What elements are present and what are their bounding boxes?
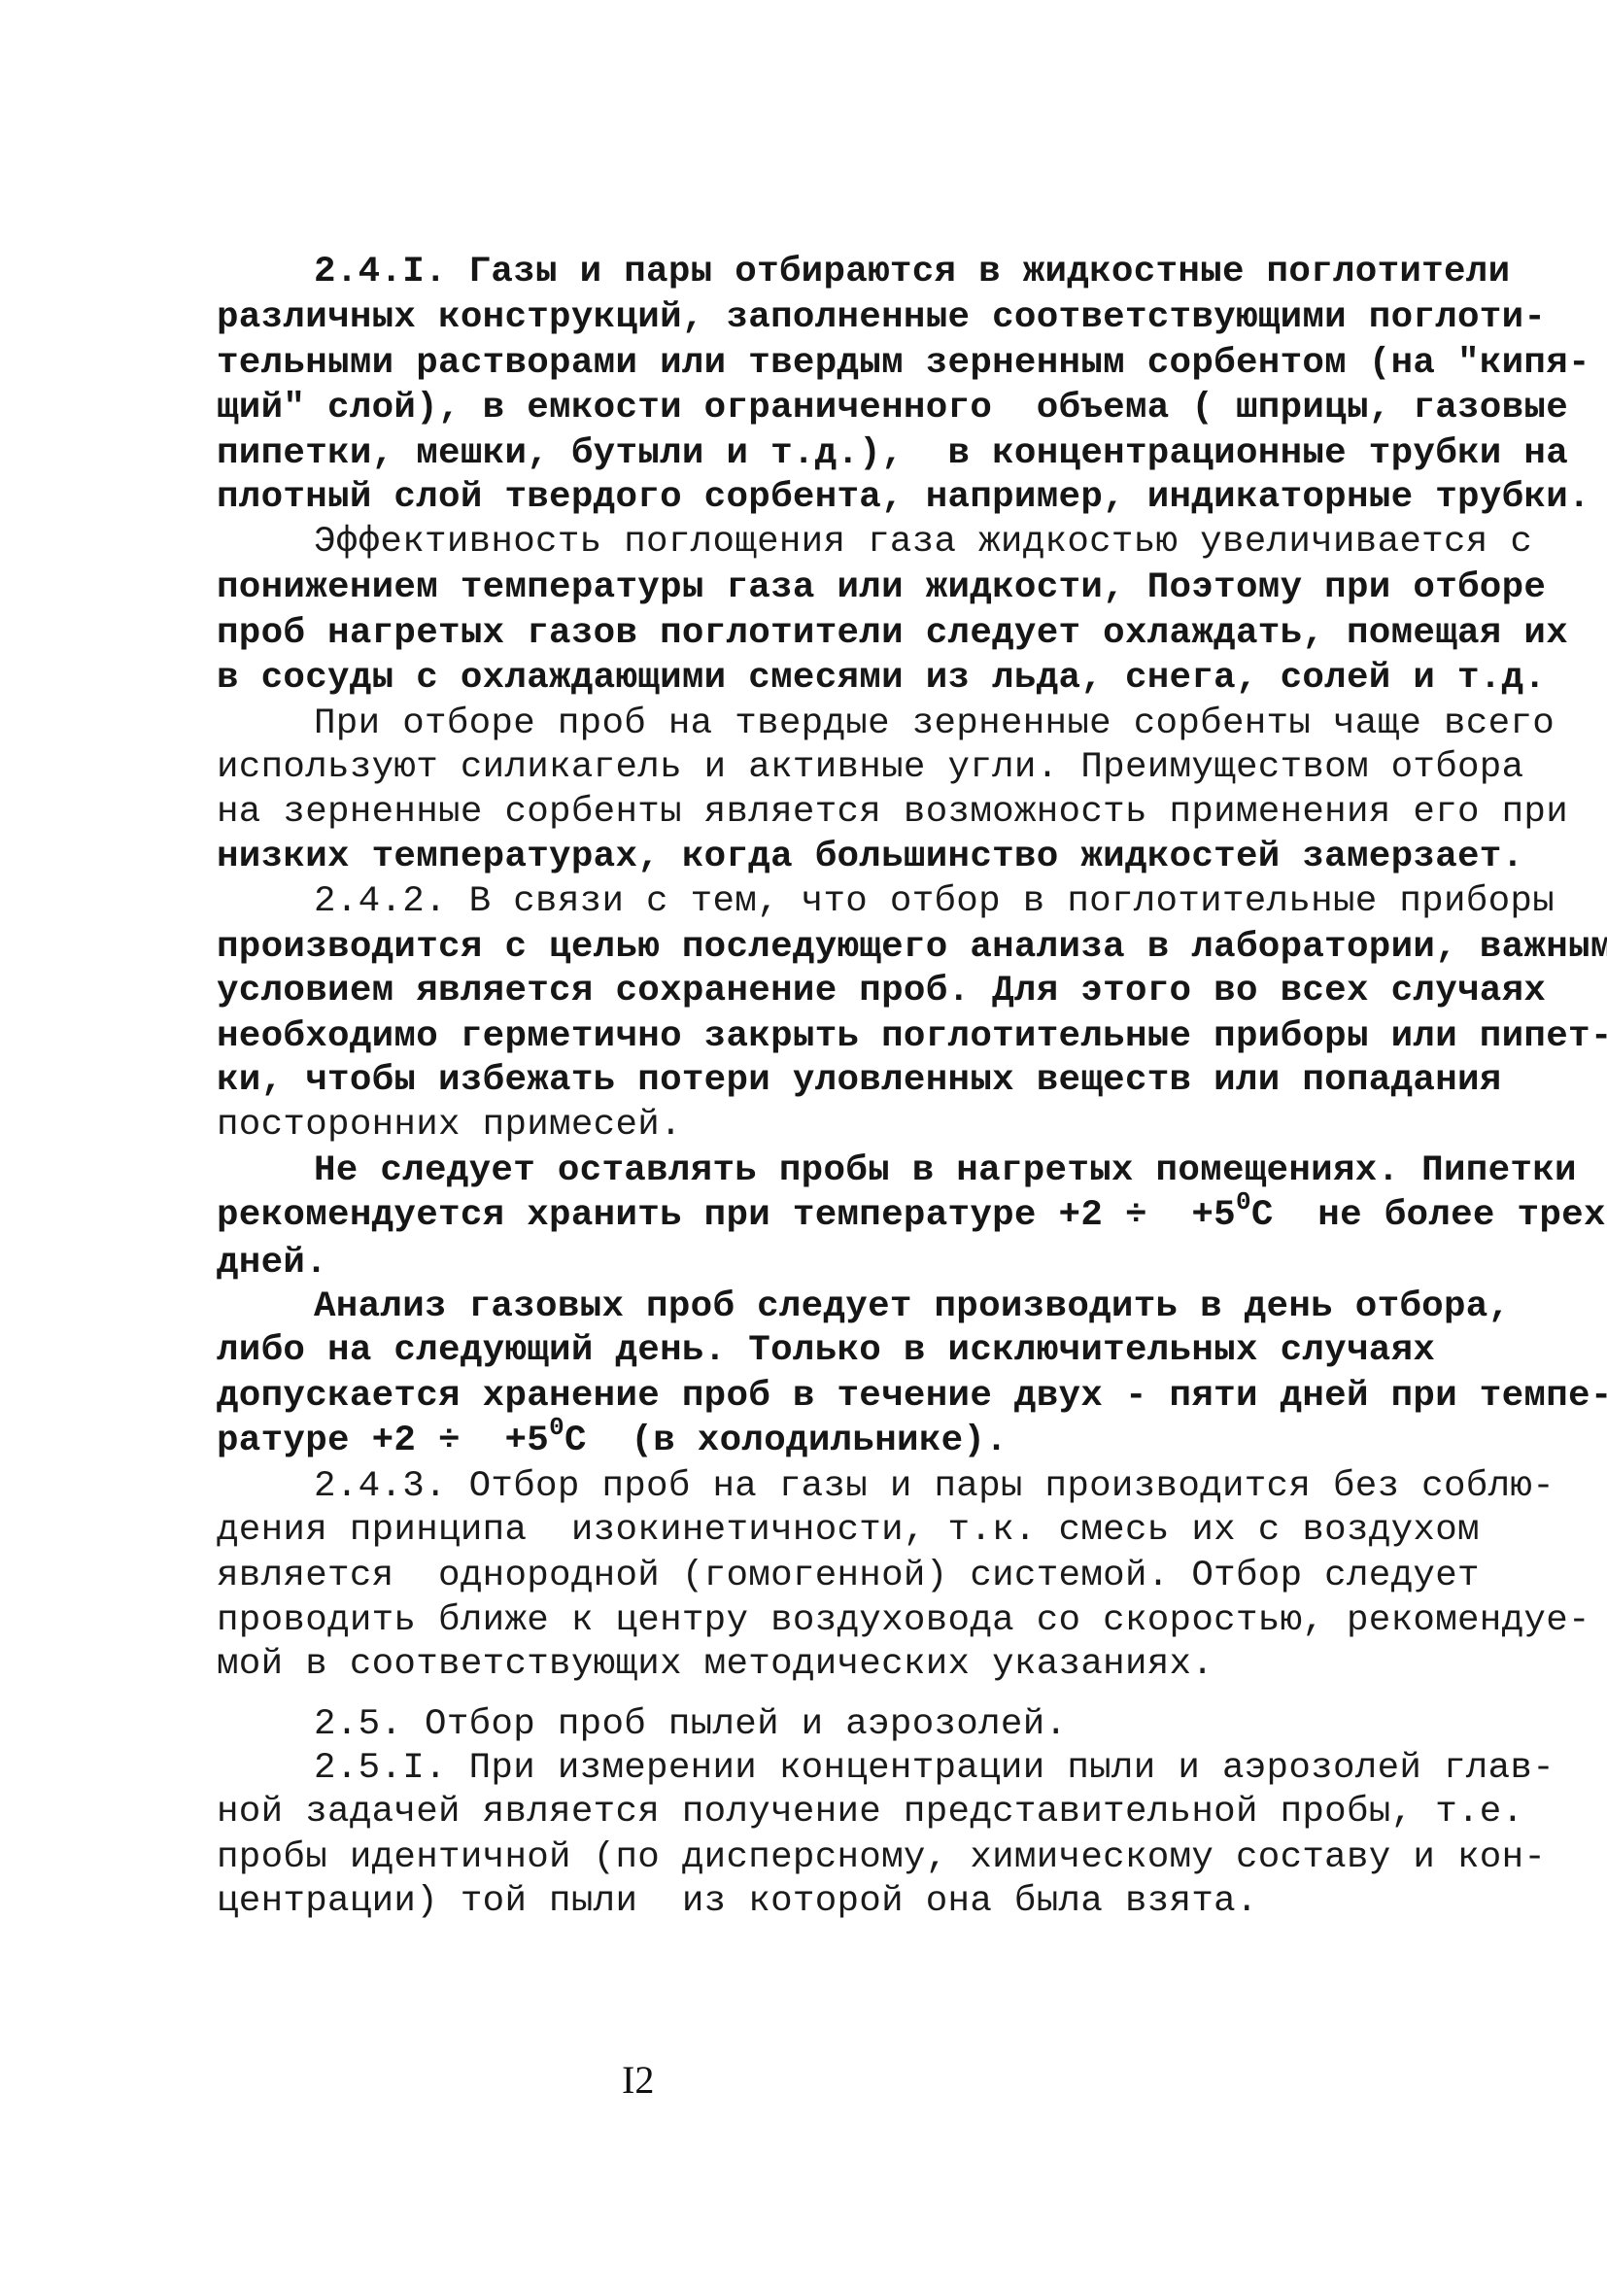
- text-line: пробы идентичной (по дисперсному, химиче…: [217, 1836, 1546, 1879]
- text-line: необходимо герметично закрыть поглотител…: [217, 1015, 1607, 1058]
- text-line: посторонних примесей.: [217, 1104, 682, 1147]
- text-segment: рекомендуется хранить при температуре +2…: [217, 1195, 1236, 1236]
- text-line: ки, чтобы избежать потери уловленных вещ…: [217, 1059, 1502, 1102]
- text-line: дней.: [217, 1242, 327, 1285]
- text-line: ной задачей является получение представи…: [217, 1791, 1523, 1833]
- text-segment: не более трех: [1274, 1195, 1606, 1236]
- text-line: пипетки, мешки, бутыли и т.д.), в концен…: [217, 432, 1568, 475]
- temp-unit: C: [1251, 1195, 1274, 1236]
- text-line: 2.5.I. При измерении концентрации пыли и…: [314, 1747, 1555, 1790]
- text-line: проб нагретых газов поглотители следует …: [217, 612, 1568, 655]
- text-line: различных конструкций, заполненные соотв…: [217, 296, 1546, 339]
- text-line: 2.4.2. В связи с тем, что отбор в поглот…: [314, 880, 1555, 923]
- text-line: понижением температуры газа или жидкости…: [217, 566, 1546, 609]
- text-line: тельными растворами или твердым зерненны…: [217, 342, 1590, 385]
- text-line: При отборе проб на твердые зерненные сор…: [314, 703, 1555, 745]
- text-segment: (в холодильнике).: [587, 1421, 1008, 1461]
- text-line: либо на следующий день. Только в исключи…: [217, 1329, 1435, 1372]
- text-line: мой в соответствующих методических указа…: [217, 1643, 1214, 1686]
- text-line: Анализ газовых проб следует производить …: [314, 1285, 1510, 1328]
- heading-text: 2.5. Отбор проб пылей и аэрозолей.: [314, 1703, 1067, 1746]
- text-line-temperature: ратуре +2 ÷ +50C (в холодильнике).: [217, 1420, 1008, 1462]
- text-line: в сосуды с охлаждающими смесями из льда,…: [217, 657, 1546, 700]
- text-line: Не следует оставлять пробы в нагретых по…: [314, 1149, 1577, 1192]
- text-line: условием является сохранение проб. Для э…: [217, 970, 1546, 1012]
- text-line: 2.4.I. Газы и пары отбираются в жидкостн…: [314, 251, 1510, 293]
- degree-sign: 0: [549, 1413, 564, 1442]
- text-segment: ратуре +2 ÷ +5: [217, 1421, 549, 1461]
- temp-unit: C: [564, 1421, 587, 1461]
- page-number: I2: [622, 2057, 654, 2103]
- degree-sign: 0: [1236, 1187, 1251, 1217]
- text-line: щий" слой), в емкости ограниченного объе…: [217, 387, 1568, 429]
- text-line: является однородной (гомогенной) системо…: [217, 1555, 1480, 1597]
- text-line: Эффективность поглощения газа жидкостью …: [314, 521, 1532, 564]
- document-page: 2.4.I. Газы и пары отбираются в жидкостн…: [0, 0, 1607, 2296]
- text-line: плотный слой твердого сорбента, например…: [217, 476, 1590, 519]
- text-line: производится с целью последующего анализ…: [217, 926, 1607, 969]
- text-line: на зерненные сорбенты является возможнос…: [217, 791, 1568, 834]
- text-line: низких температурах, когда большинство ж…: [217, 836, 1523, 878]
- text-line: дения принципа изокинетичности, т.к. сме…: [217, 1509, 1480, 1552]
- text-line: проводить ближе к центру воздуховода со …: [217, 1599, 1590, 1642]
- text-line: центрации) той пыли из которой она была …: [217, 1880, 1258, 1923]
- text-line-temperature: рекомендуется хранить при температуре +2…: [217, 1194, 1606, 1237]
- text-line: допускается хранение проб в течение двух…: [217, 1375, 1607, 1418]
- text-line: 2.4.3. Отбор проб на газы и пары произво…: [314, 1465, 1555, 1508]
- text-line: используют силикагель и активные угли. П…: [217, 746, 1523, 789]
